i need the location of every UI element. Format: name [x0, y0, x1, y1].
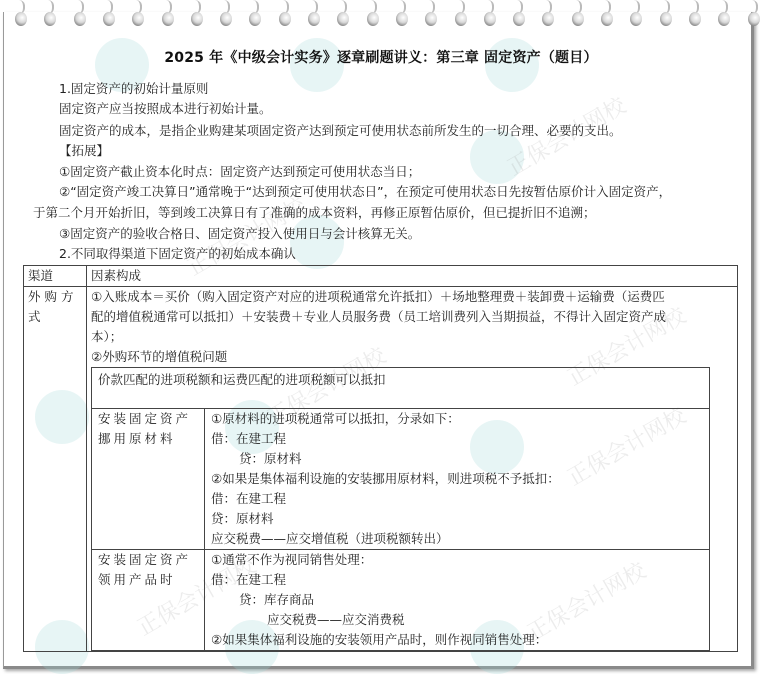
spiral-ring	[219, 0, 233, 30]
table-header-row: 渠道 因素构成	[24, 266, 738, 287]
paragraph-heading: 【拓展】	[59, 141, 109, 161]
spiral-ring	[307, 0, 321, 30]
paragraph: 于第二个月开始折旧，等到竣工决算日有了准确的成本资料，再修正原暂估原价，但已提折…	[33, 203, 596, 223]
header-cell-channel: 渠道	[24, 266, 87, 287]
channel-cell: 外购方式	[24, 287, 87, 652]
entry-line: 应交税费——应交消费税	[211, 610, 703, 630]
spiral-ring	[278, 0, 292, 30]
acquisition-channel-table: 渠道 因素构成 外购方式 ①入账成本＝买价（购入固定资产对应的进项税通常允许抵扣…	[23, 265, 738, 652]
vat-issue-table: 价款匹配的进项税额和运费匹配的进项税额可以抵扣 安装固定资产挪用原材料 ①原材料…	[91, 367, 710, 651]
spiral-ring	[629, 0, 643, 30]
factors-cell: ①入账成本＝买价（购入固定资产对应的进项税通常允许抵扣）＋场地整理费＋装卸费＋运…	[87, 287, 738, 652]
spiral-ring	[161, 0, 175, 30]
inner-label-cell: 安装固定资产领用产品时	[92, 550, 205, 651]
spiral-ring	[43, 0, 57, 30]
factor-line: ②外购环节的增值税问题	[91, 347, 733, 367]
inner-content-cell: ①原材料的进项税通常可以抵扣，分录如下： 借：在建工程 贷：原材料 ②如果是集体…	[205, 409, 710, 550]
paragraph: 固定资产应当按照成本进行初始计量。	[59, 99, 272, 119]
spiral-ring	[717, 0, 731, 30]
spiral-ring	[571, 0, 585, 30]
entry-line: ①原材料的进项税通常可以抵扣，分录如下：	[211, 409, 703, 429]
spiral-ring	[688, 0, 702, 30]
paragraph: 固定资产的成本，是指企业购建某项固定资产达到预定可使用状态前所发生的一切合理、必…	[59, 121, 622, 141]
entry-line: 贷：库存商品	[211, 590, 703, 610]
inner-header-cell: 价款匹配的进项税额和运费匹配的进项税额可以抵扣	[92, 368, 710, 409]
inner-header-row: 价款匹配的进项税额和运费匹配的进项税额可以抵扣	[92, 368, 710, 409]
factor-line: ①入账成本＝买价（购入固定资产对应的进项税通常允许抵扣）＋场地整理费＋装卸费＋运…	[91, 287, 733, 307]
spiral-ring	[659, 0, 673, 30]
inner-table-row: 安装固定资产领用产品时 ①通常不作为视同销售处理： 借：在建工程 贷：库存商品 …	[92, 550, 710, 651]
entry-line: 借：在建工程	[211, 429, 703, 449]
inner-table-row: 安装固定资产挪用原材料 ①原材料的进项税通常可以抵扣，分录如下： 借：在建工程 …	[92, 409, 710, 550]
spiral-ring	[600, 0, 614, 30]
entry-line: 贷：原材料	[211, 449, 703, 469]
inner-content-cell: ①通常不作为视同销售处理： 借：在建工程 贷：库存商品 应交税费——应交消费税 …	[205, 550, 710, 651]
page-title: 2025 年《中级会计实务》逐章刷题讲义：第三章 固定资产（题目）	[0, 47, 762, 67]
spiral-ring	[190, 0, 204, 30]
spiral-ring	[102, 0, 116, 30]
spiral-ring	[395, 0, 409, 30]
spiral-ring	[131, 0, 145, 30]
entry-line: ②如果集体福利设施的安装领用产品时，则作视同销售处理：	[211, 630, 703, 650]
entry-line: 借：在建工程	[211, 489, 703, 509]
spiral-ring	[747, 0, 761, 30]
paragraph: ①固定资产截止资本化时点：固定资产达到预定可使用状态当日；	[59, 162, 420, 182]
paragraph: 2.不同取得渠道下固定资产的初始成本确认	[59, 244, 296, 264]
spiral-ring	[336, 0, 350, 30]
header-cell-factors: 因素构成	[87, 266, 738, 287]
spiral-ring	[541, 0, 555, 30]
factor-line: 配的增值税通常可以抵扣）＋安装费＋专业人员服务费（员工培训费列入当期损益，不得计…	[91, 307, 733, 327]
spiral-ring	[424, 0, 438, 30]
entry-line: 应交税费——应交增值税（进项税额转出）	[211, 529, 703, 549]
table-row: 外购方式 ①入账成本＝买价（购入固定资产对应的进项税通常允许抵扣）＋场地整理费＋…	[24, 287, 738, 652]
paragraph: 1.固定资产的初始计量原则	[59, 79, 208, 99]
spiral-binding	[0, 0, 762, 32]
spiral-ring	[483, 0, 497, 30]
spiral-ring	[512, 0, 526, 30]
paragraph: ②“固定资产竣工决算日”通常晚于“达到预定可使用状态日”，在预定可使用状态日先按…	[59, 182, 671, 202]
entry-line: 借：在建工程	[211, 570, 703, 590]
inner-label-cell: 安装固定资产挪用原材料	[92, 409, 205, 550]
factor-line: 本）；	[91, 327, 733, 347]
spiral-ring	[454, 0, 468, 30]
spiral-ring	[14, 0, 28, 30]
entry-line: ②如果是集体福利设施的安装挪用原材料，则进项税不予抵扣：	[211, 469, 703, 489]
spiral-ring	[248, 0, 262, 30]
spiral-ring	[73, 0, 87, 30]
paragraph: ③固定资产的验收合格日、固定资产投入使用日与会计核算无关。	[59, 224, 420, 244]
entry-line: 贷：原材料	[211, 509, 703, 529]
entry-line: ①通常不作为视同销售处理：	[211, 550, 703, 570]
spiral-ring	[366, 0, 380, 30]
